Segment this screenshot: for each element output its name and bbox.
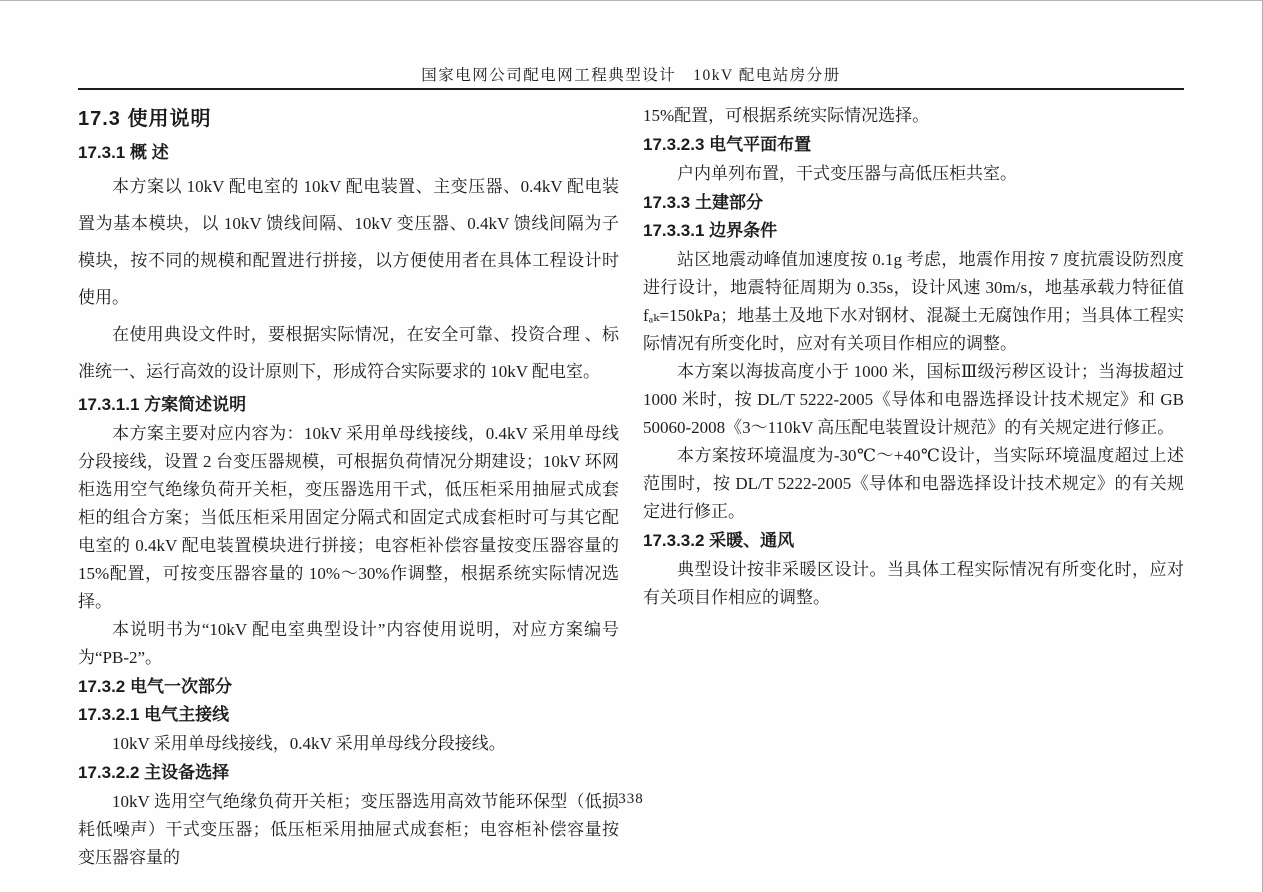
right-column: 15%配置，可根据系统实际情况选择。17.3.2.3 电气平面布置户内单列布置，… (643, 102, 1184, 872)
section-heading: 17.3.3.1 边界条件 (643, 218, 1184, 244)
section-heading: 17.3.2.2 主设备选择 (78, 760, 619, 786)
paragraph: 本方案按环境温度为-30℃～+40℃设计，当实际环境温度超过上述范围时，按 DL… (643, 442, 1184, 526)
section-heading: 17.3.2.3 电气平面布置 (643, 132, 1184, 158)
paragraph: 本方案以 10kV 配电室的 10kV 配电装置、主变压器、0.4kV 配电装置… (78, 168, 619, 316)
section-heading: 17.3.1 概 述 (78, 140, 619, 166)
paragraph: 户内单列布置，干式变压器与高低压柜共室。 (643, 160, 1184, 188)
section-heading: 17.3.3 土建部分 (643, 190, 1184, 216)
section-heading: 17.3.2 电气一次部分 (78, 674, 619, 700)
paragraph: 典型设计按非采暖区设计。当具体工程实际情况有所变化时，应对有关项目作相应的调整。 (643, 556, 1184, 612)
page-header: 国家电网公司配电网工程典型设计 10kV 配电站房分册 (78, 1, 1184, 90)
paragraph: 本方案主要对应内容为：10kV 采用单母线接线，0.4kV 采用单母线分段接线，… (78, 420, 619, 616)
page-content: 国家电网公司配电网工程典型设计 10kV 配电站房分册 17.3 使用说明17.… (0, 1, 1262, 872)
section-heading: 17.3 使用说明 (78, 104, 619, 134)
section-heading: 17.3.1.1 方案简述说明 (78, 392, 619, 418)
paragraph: 站区地震动峰值加速度按 0.1g 考虑，地震作用按 7 度抗震设防烈度进行设计，… (643, 246, 1184, 358)
paragraph: 本说明书为“10kV 配电室典型设计”内容使用说明，对应方案编号为“PB-2”。 (78, 616, 619, 672)
section-heading: 17.3.2.1 电气主接线 (78, 702, 619, 728)
page-number: 338 (0, 791, 1262, 808)
document-page: 国家电网公司配电网工程典型设计 10kV 配电站房分册 17.3 使用说明17.… (0, 0, 1263, 892)
paragraph: 15%配置，可根据系统实际情况选择。 (643, 102, 1184, 130)
paragraph: 在使用典设文件时，要根据实际情况，在安全可靠、投资合理 、标准统一、运行高效的设… (78, 316, 619, 390)
content-columns: 17.3 使用说明17.3.1 概 述本方案以 10kV 配电室的 10kV 配… (78, 90, 1184, 872)
left-column: 17.3 使用说明17.3.1 概 述本方案以 10kV 配电室的 10kV 配… (78, 102, 619, 872)
section-heading: 17.3.3.2 采暖、通风 (643, 528, 1184, 554)
page-header-title: 国家电网公司配电网工程典型设计 10kV 配电站房分册 (421, 67, 841, 84)
paragraph: 本方案以海拔高度小于 1000 米，国标Ⅲ级污秽区设计；当海拔超过 1000 米… (643, 358, 1184, 442)
paragraph: 10kV 采用单母线接线，0.4kV 采用单母线分段接线。 (78, 730, 619, 758)
